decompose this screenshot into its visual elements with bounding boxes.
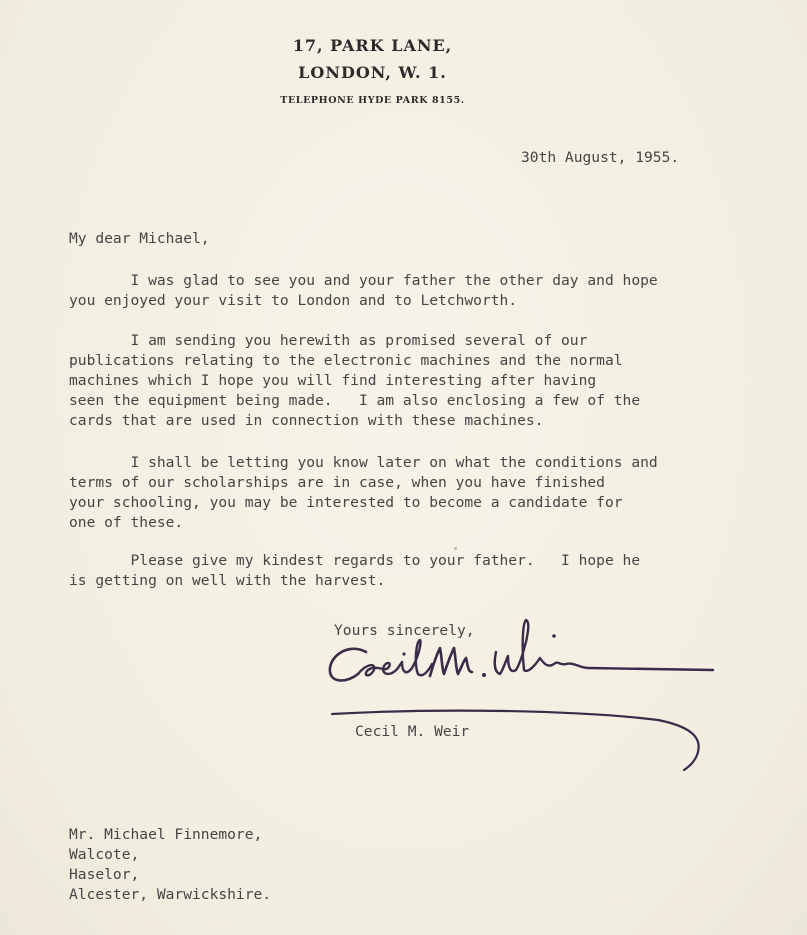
body-paragraph-1: I was glad to see you and your father th… bbox=[69, 271, 658, 311]
body-paragraph-4: Please give my kindest regards to your f… bbox=[69, 551, 640, 591]
letter-date: 30th August, 1955. bbox=[521, 148, 679, 168]
typed-signature-name: Cecil M. Weir bbox=[355, 722, 469, 742]
handwritten-signature bbox=[318, 612, 738, 782]
letterhead-city: LONDON, W. 1. bbox=[0, 63, 745, 82]
body-paragraph-3: I shall be letting you know later on wha… bbox=[69, 453, 658, 533]
letterhead-street: 17, PARK LANE, bbox=[0, 36, 745, 55]
recipient-address: Mr. Michael Finnemore, Walcote, Haselor,… bbox=[69, 825, 271, 905]
body-paragraph-2: I am sending you herewith as promised se… bbox=[69, 331, 640, 431]
paper-speck bbox=[454, 547, 457, 550]
salutation: My dear Michael, bbox=[69, 229, 210, 249]
letterhead-telephone: TELEPHONE HYDE PARK 8155. bbox=[0, 95, 745, 106]
